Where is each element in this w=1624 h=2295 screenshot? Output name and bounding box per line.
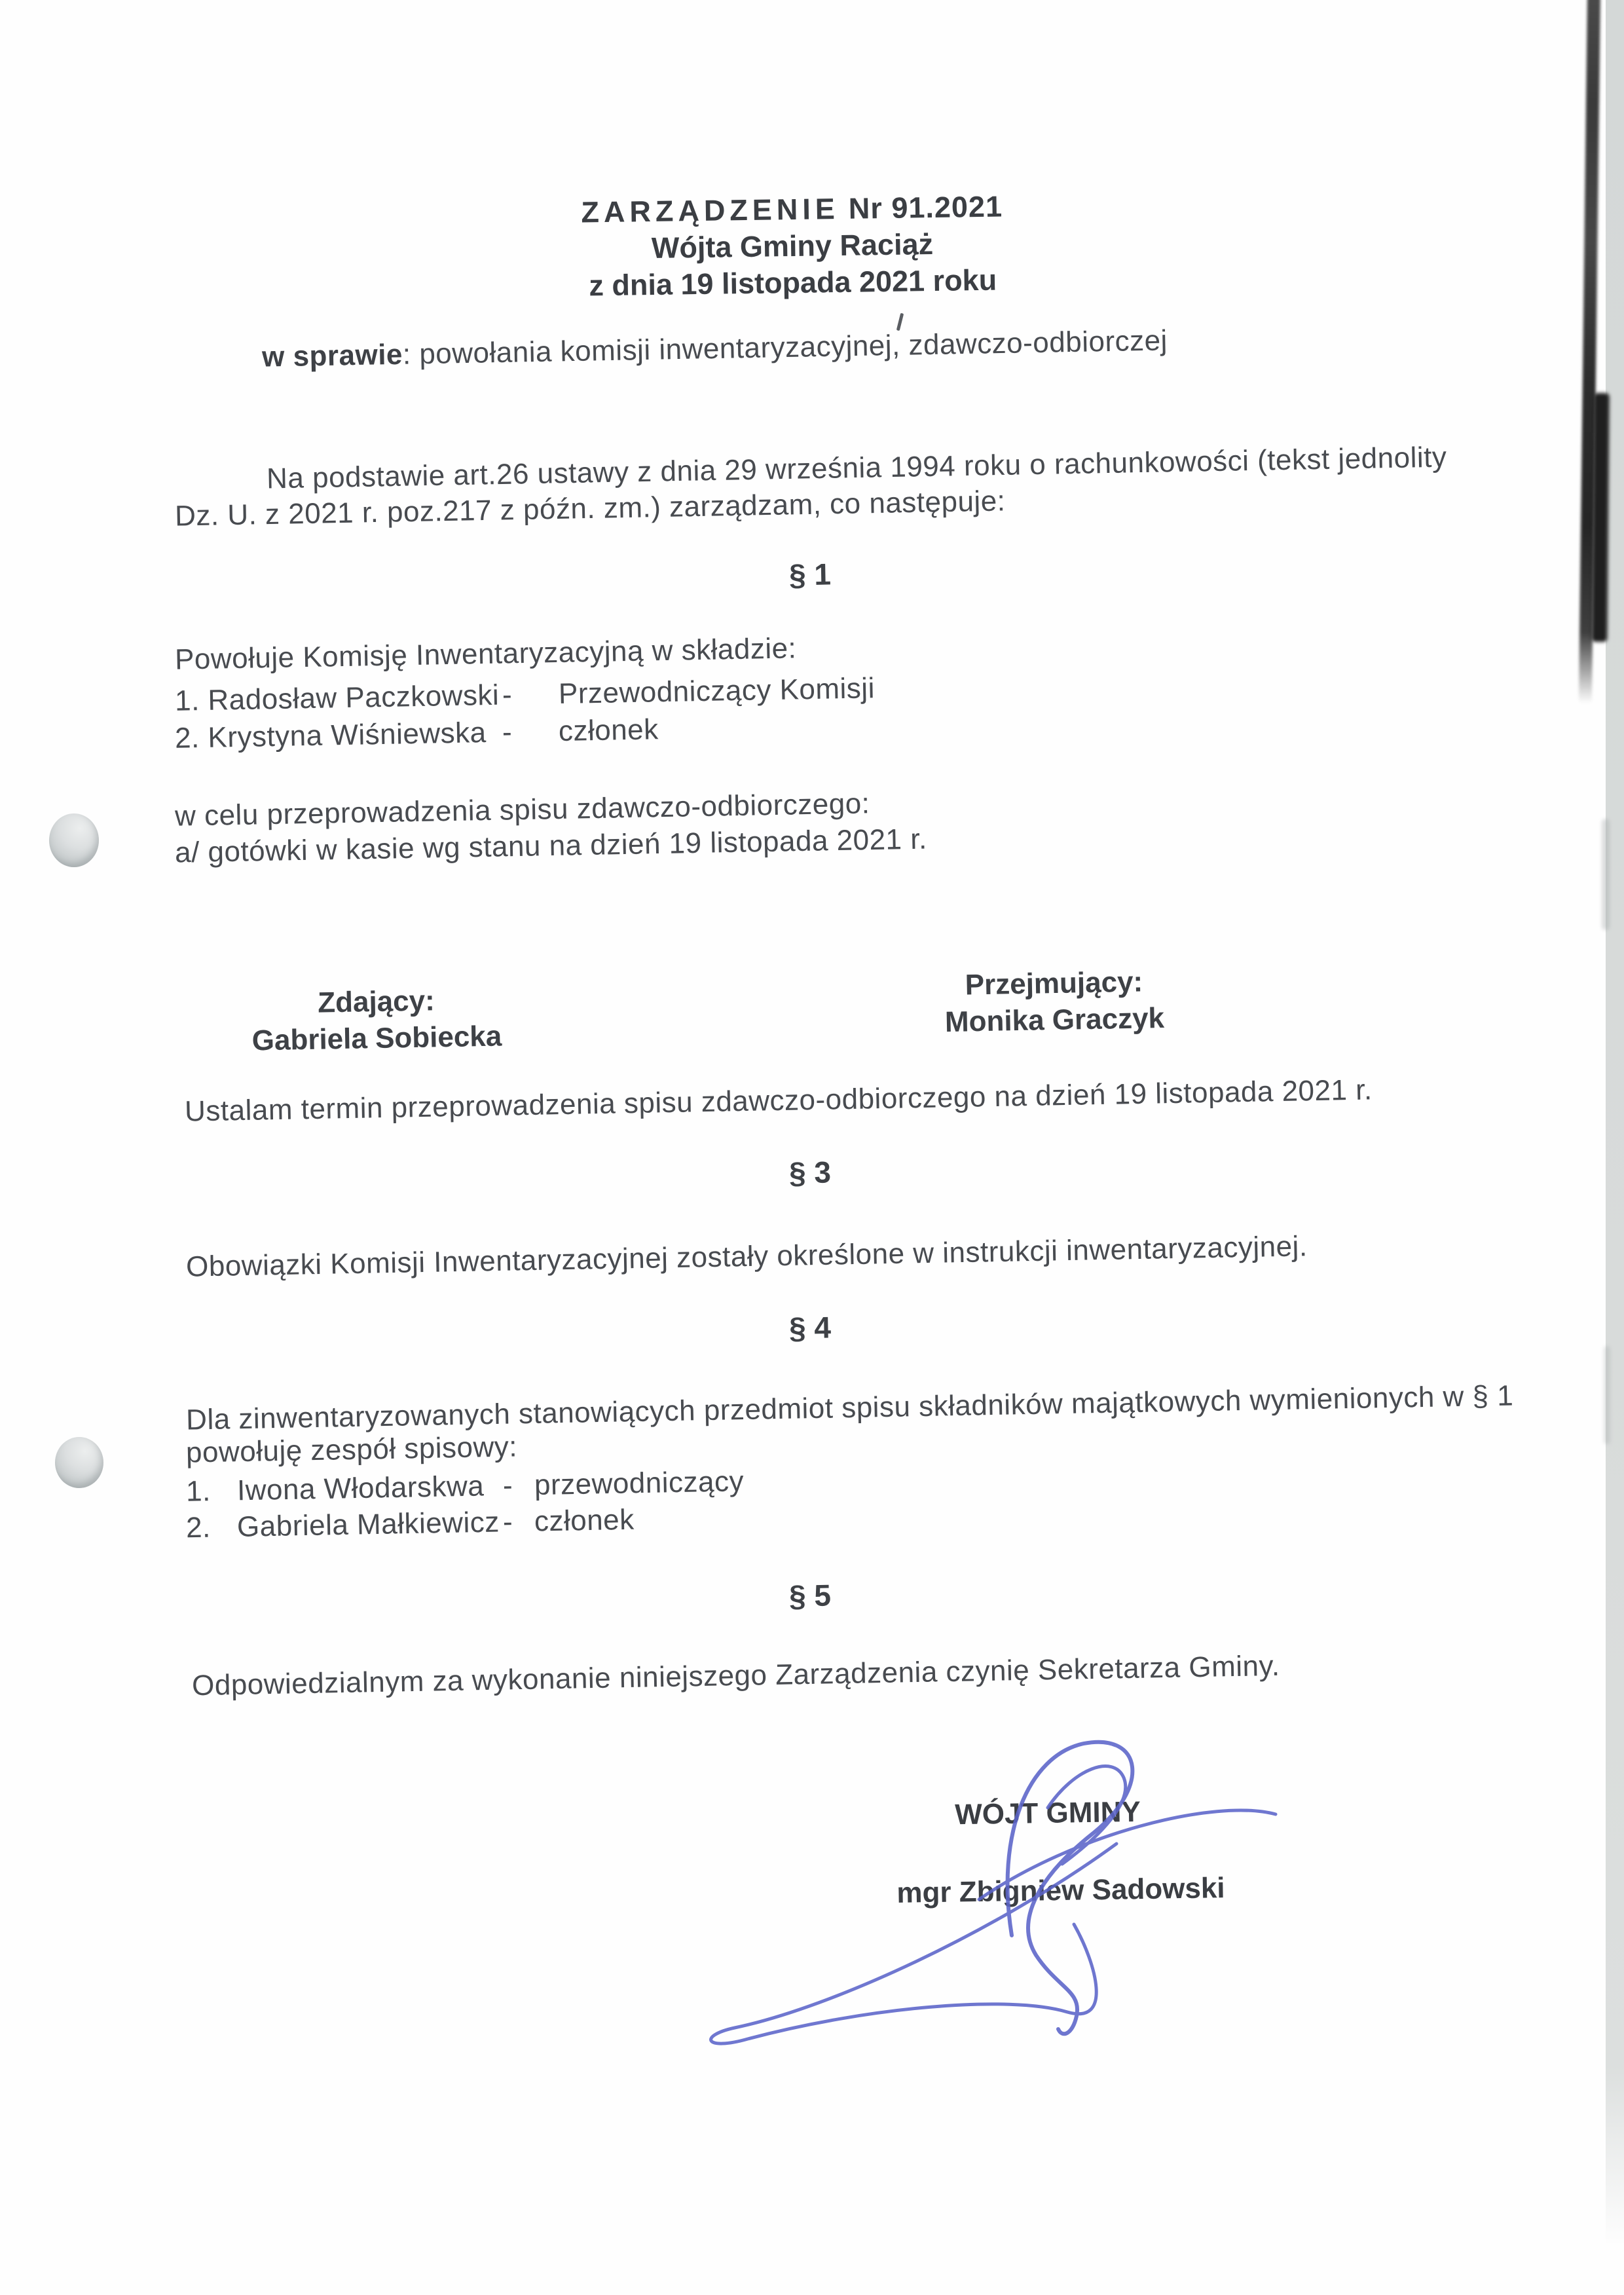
- subject-line: w sprawie: powołania komisji inwentaryza…: [262, 324, 1168, 373]
- handover-right-label: Przejmujący:: [923, 963, 1185, 1004]
- member-name: Gabriela Małkiewicz: [237, 1506, 504, 1543]
- title-word: ZARZĄDZENIE: [581, 192, 840, 229]
- title-line-1: ZARZĄDZENIENr 91.2021: [536, 188, 1048, 232]
- member-role: członek: [559, 713, 659, 747]
- handwritten-signature: [655, 1703, 1329, 2109]
- scanner-edge-smudge: [1604, 1346, 1610, 1444]
- committee-member-row: 2. Krystyna Wiśniewska-członek: [175, 713, 659, 755]
- member-name: Iwona Włodarskwa: [237, 1470, 504, 1507]
- section-1-heading: § 1: [712, 555, 909, 593]
- handover-party-right: Przejmujący: Monika Graczyk: [923, 963, 1186, 1041]
- committee-member-row: 1. Radosław Paczkowski-Przewodniczący Ko…: [175, 672, 876, 718]
- dash-separator: -: [502, 678, 559, 712]
- scanner-edge-dark-blob: [1591, 393, 1609, 642]
- section-4-line-2: powołuję zespół spisowy:: [186, 1430, 518, 1469]
- stray-pen-tick: [896, 313, 904, 331]
- scanner-edge-gray-strip: [1606, 0, 1624, 2247]
- section-3-text: Obowiązki Komisji Inwentaryzacyjnej zost…: [186, 1230, 1308, 1283]
- team-member-row: 2.Gabriela Małkiewicz-członek: [186, 1504, 635, 1545]
- member-role: przewodniczący: [534, 1465, 745, 1501]
- title-number: Nr 91.2021: [848, 190, 1003, 225]
- member-name: 1. Radosław Paczkowski: [175, 679, 503, 718]
- handover-left-name: Gabriela Sobiecka: [249, 1018, 505, 1059]
- section-3-heading: § 3: [712, 1153, 909, 1191]
- member-name: 2. Krystyna Wiśniewska: [175, 717, 503, 755]
- subject-text: : powołania komisji inwentaryzacyjnej, z…: [402, 324, 1168, 370]
- hole-punch-mark: [49, 813, 99, 867]
- member-role: Przewodniczący Komisji: [559, 672, 876, 710]
- section-5-text: Odpowiedzialnym za wykonanie niniejszego…: [192, 1650, 1280, 1702]
- hole-punch-mark: [55, 1437, 103, 1488]
- handover-left-label: Zdający:: [248, 981, 504, 1022]
- member-number: 2.: [186, 1511, 238, 1544]
- section-5-heading: § 5: [712, 1576, 909, 1614]
- member-number: 1.: [186, 1474, 238, 1508]
- dash-separator: -: [502, 715, 559, 749]
- term-line: Ustalam termin przeprowadzenia spisu zda…: [185, 1073, 1373, 1128]
- title-line-3: z dnia 19 listopada 2021 roku: [537, 261, 1048, 305]
- member-role: członek: [534, 1504, 635, 1538]
- team-member-row: 1.Iwona Włodarskwa-przewodniczący: [186, 1465, 745, 1508]
- document-title-block: ZARZĄDZENIENr 91.2021 Wójta Gminy Raciąż…: [536, 188, 1048, 305]
- section-4-heading: § 4: [712, 1308, 909, 1347]
- dash-separator: -: [503, 1506, 535, 1539]
- section-4-line-1: Dla zinwentaryzowanych stanowiących prze…: [186, 1379, 1514, 1436]
- handover-right-name: Monika Graczyk: [923, 999, 1186, 1041]
- scanned-document-page: ZARZĄDZENIENr 91.2021 Wójta Gminy Raciąż…: [0, 0, 1624, 2295]
- dash-separator: -: [503, 1469, 535, 1502]
- scanner-edge-smudge: [1602, 819, 1610, 930]
- section-1-intro: Powołuje Komisję Inwentaryzacyjną w skła…: [175, 632, 797, 676]
- handover-party-left: Zdający: Gabriela Sobiecka: [248, 981, 505, 1059]
- subject-label: w sprawie: [262, 339, 403, 373]
